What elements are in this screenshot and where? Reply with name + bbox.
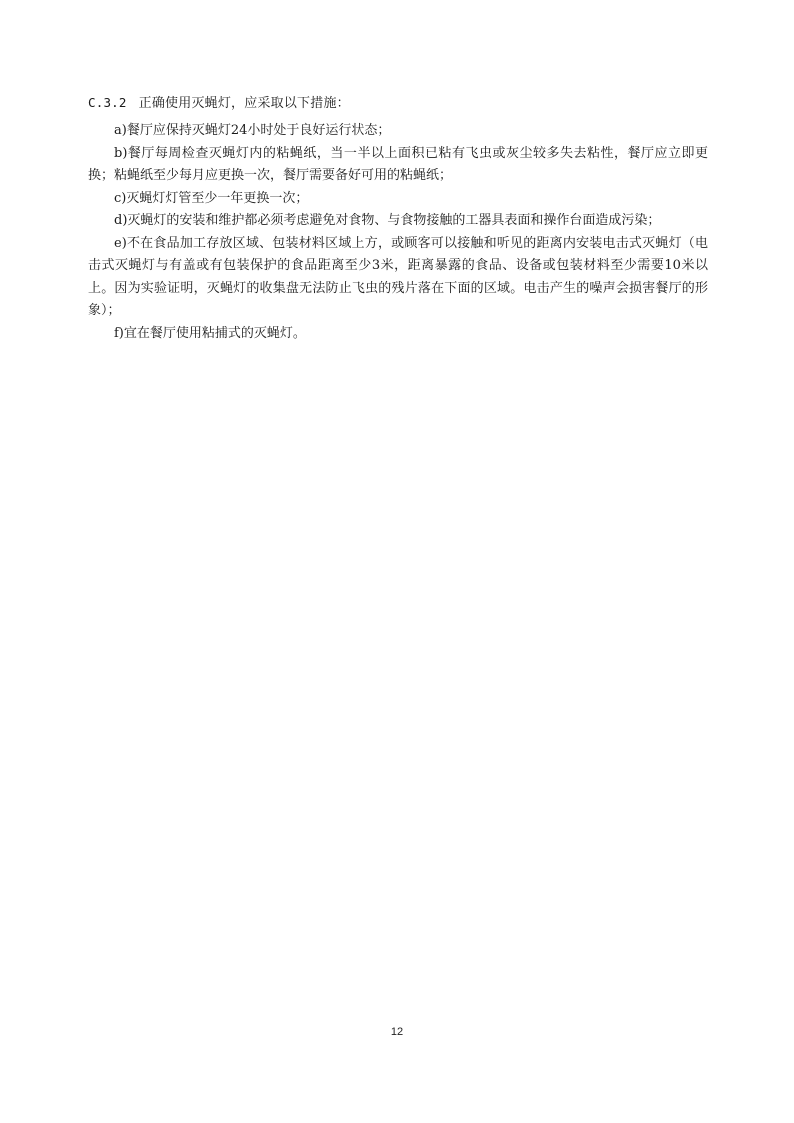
item-label: d) xyxy=(114,213,127,228)
item-label: b) xyxy=(114,146,127,161)
item-text: 灭蝇灯的安装和维护都必须考虑避免对食物、与食物接触的工器具表面和操作台面造成污染… xyxy=(127,213,660,228)
section-heading: C.3.2正确使用灭蝇灯，应采取以下措施： xyxy=(88,92,350,111)
item-label: c) xyxy=(114,191,126,206)
item-label: a) xyxy=(114,123,127,138)
list-item-f: f)宜在餐厅使用粘捕式的灭蝇灯。 xyxy=(88,323,708,346)
item-text: 餐厅应保持灭蝇灯24小时处于良好运行状态； xyxy=(127,123,391,138)
page-number: 12 xyxy=(0,1026,794,1038)
item-text: 餐厅每周检查灭蝇灯内的粘蝇纸，当一半以上面积已粘有飞虫或灰尘较多失去粘性，餐厅应… xyxy=(88,146,708,184)
list-item-b: b)餐厅每周检查灭蝇灯内的粘蝇纸，当一半以上面积已粘有飞虫或灰尘较多失去粘性，餐… xyxy=(88,143,708,188)
list-item-e: e)不在食品加工存放区域、包装材料区域上方，或顾客可以接触和听见的距离内安装电击… xyxy=(88,233,708,323)
section-title: 正确使用灭蝇灯，应采取以下措施： xyxy=(139,96,350,111)
item-text: 灭蝇灯灯管至少一年更换一次； xyxy=(126,191,308,206)
item-text: 不在食品加工存放区域、包装材料区域上方，或顾客可以接触和听见的距离内安装电击式灭… xyxy=(88,236,708,319)
section-number: C.3.2 xyxy=(88,95,127,110)
document-page: C.3.2正确使用灭蝇灯，应采取以下措施： a)餐厅应保持灭蝇灯24小时处于良好… xyxy=(0,0,794,1123)
item-label: e) xyxy=(114,236,127,251)
section-body: a)餐厅应保持灭蝇灯24小时处于良好运行状态； b)餐厅每周检查灭蝇灯内的粘蝇纸… xyxy=(88,120,708,345)
list-item-d: d)灭蝇灯的安装和维护都必须考虑避免对食物、与食物接触的工器具表面和操作台面造成… xyxy=(88,210,708,233)
list-item-a: a)餐厅应保持灭蝇灯24小时处于良好运行状态； xyxy=(88,120,708,143)
list-item-c: c)灭蝇灯灯管至少一年更换一次； xyxy=(88,188,708,211)
item-text: 宜在餐厅使用粘捕式的灭蝇灯。 xyxy=(124,326,306,341)
item-label: f) xyxy=(114,326,124,341)
